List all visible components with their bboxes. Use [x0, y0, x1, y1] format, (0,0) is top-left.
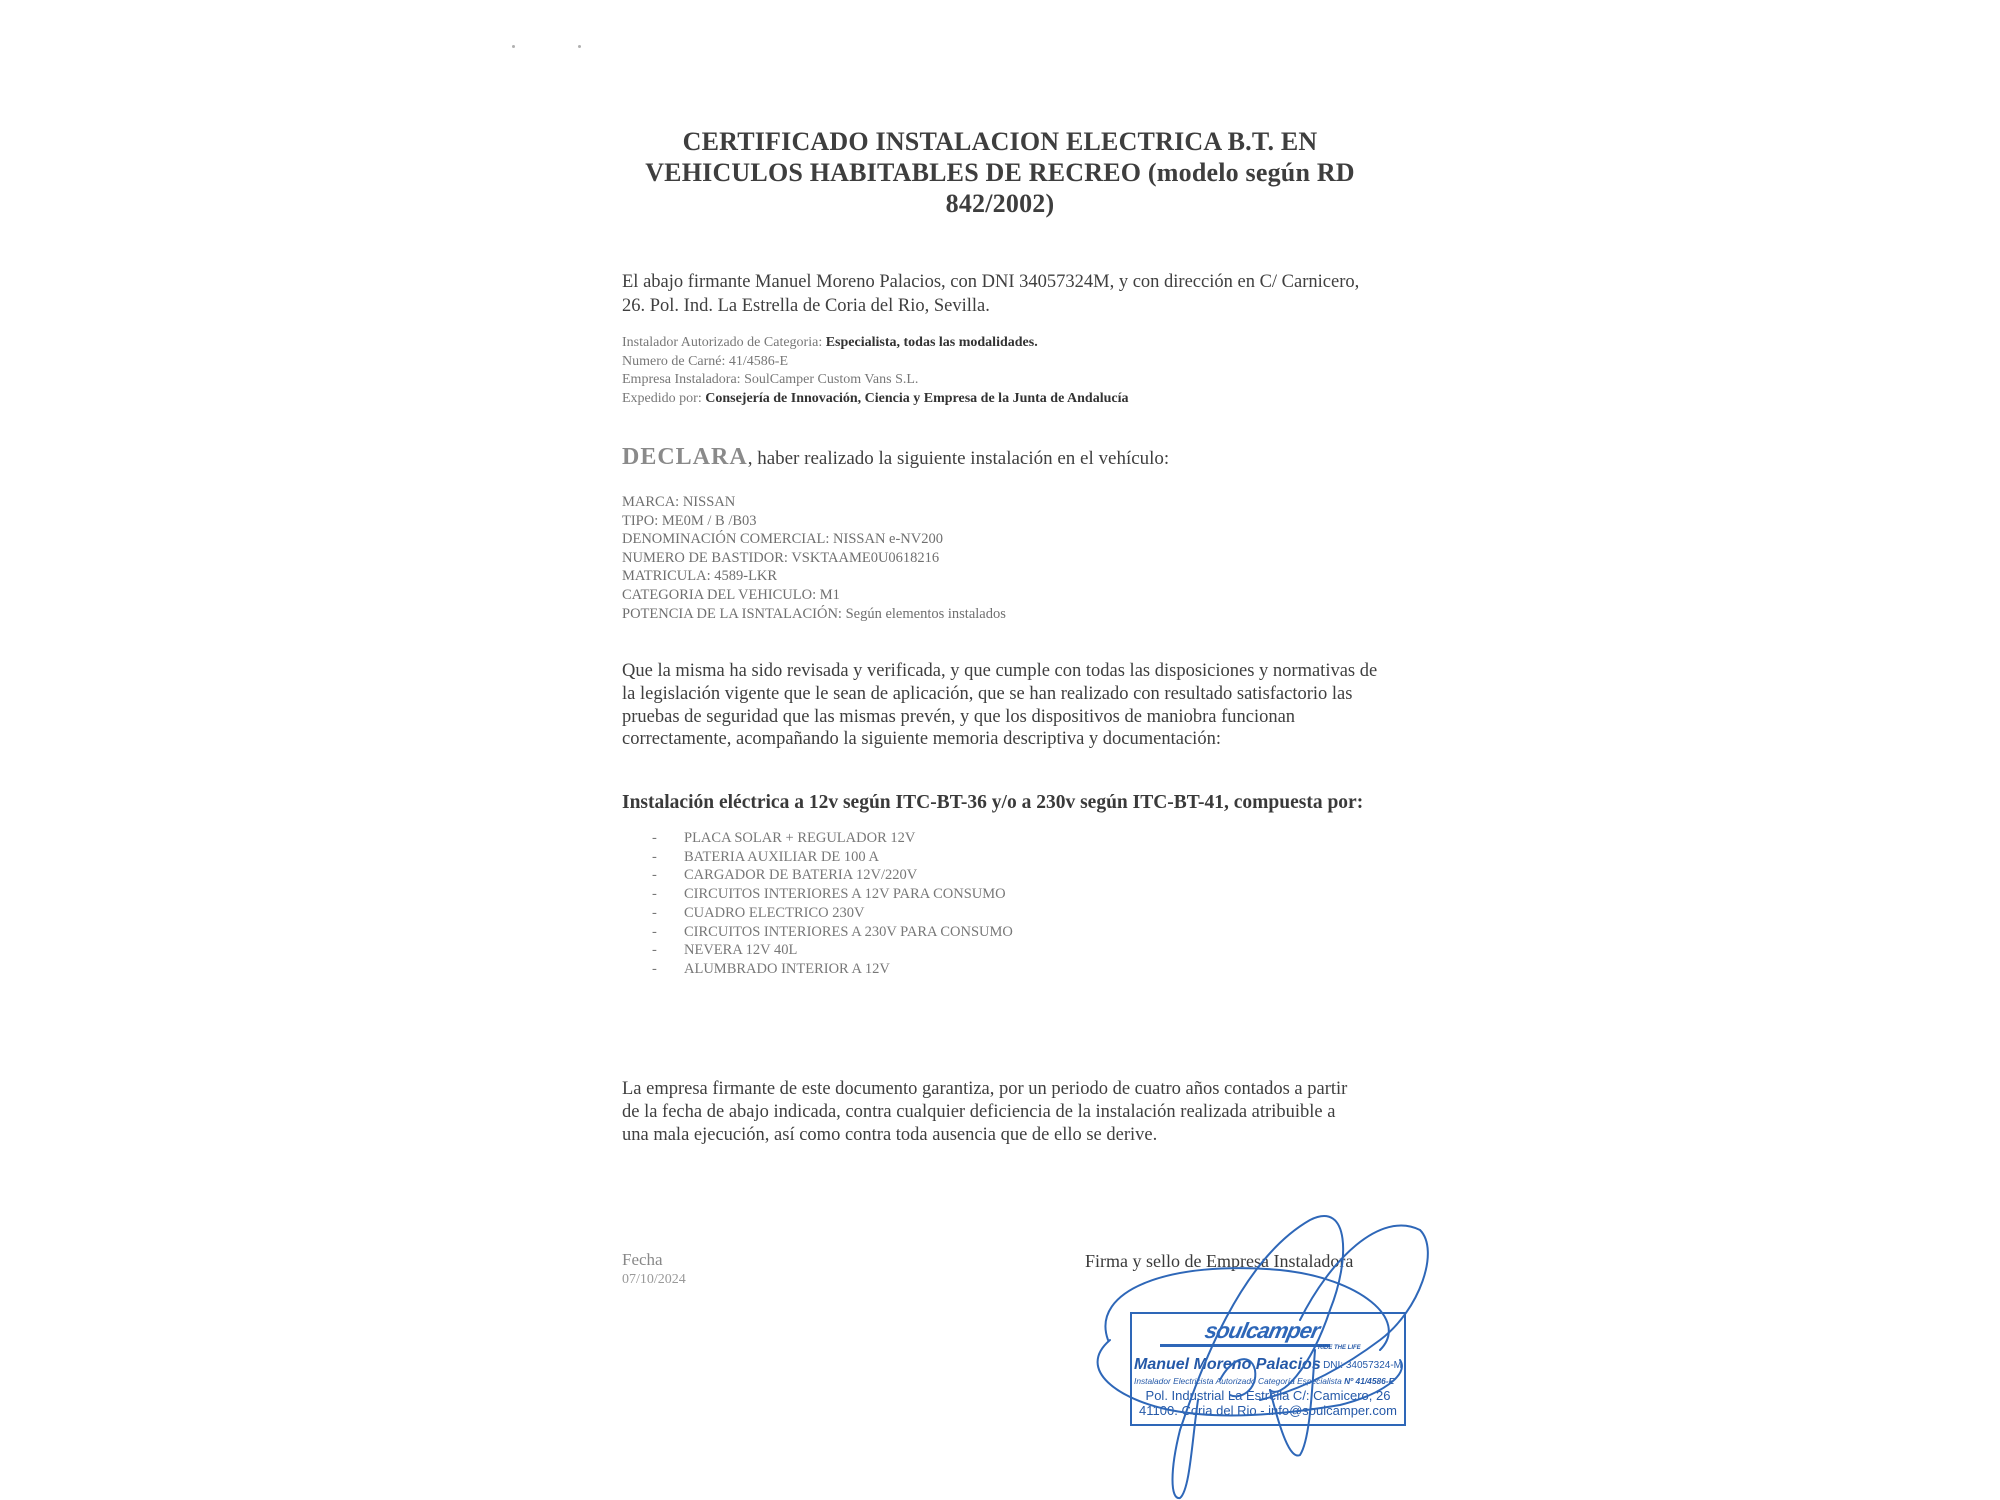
signature-label: Firma y sello de Empresa Instaladora: [1085, 1251, 1353, 1272]
vehicle-field: MATRICULA: 4589-LKR: [622, 567, 1222, 586]
bullet-dash: -: [652, 941, 684, 960]
stamp-name: Manuel Moreno Palacios: [1134, 1356, 1321, 1374]
bullet-dash: -: [652, 848, 684, 867]
stamp-dni: DNI: 34057324-M: [1323, 1360, 1402, 1371]
title-line: VEHICULOS HABITABLES DE RECREO (modelo s…: [620, 157, 1380, 188]
credential-row: Instalador Autorizado de Categoria: Espe…: [622, 334, 1342, 353]
item-text: CUADRO ELECTRICO 230V: [684, 904, 864, 923]
bullet-dash: -: [652, 923, 684, 942]
item-text: PLACA SOLAR + REGULADOR 12V: [684, 829, 915, 848]
vehicle-field: DENOMINACIÓN COMERCIAL: NISSAN e-NV200: [622, 530, 1222, 549]
warranty-paragraph: La empresa firmante de este documento ga…: [622, 1078, 1362, 1146]
vehicle-field: MARCA: NISSAN: [622, 493, 1222, 512]
credential-label: Instalador Autorizado de Categoria:: [622, 335, 826, 350]
item-text: ALUMBRADO INTERIOR A 12V: [684, 960, 890, 979]
date-label: Fecha: [622, 1250, 686, 1270]
stamp-address-line: Pol. Industrial La Estrella C/: Camicero…: [1132, 1388, 1404, 1403]
bullet-dash: -: [652, 866, 684, 885]
credential-row: Expedido por: Consejería de Innovación, …: [622, 390, 1342, 409]
item-text: CIRCUITOS INTERIORES A 12V PARA CONSUMO: [684, 885, 1006, 904]
verification-paragraph: Que la misma ha sido revisada y verifica…: [622, 660, 1392, 751]
company-logo: soulcamper: [1160, 1320, 1365, 1342]
installer-number: Nº 41/4586-E: [1344, 1376, 1394, 1386]
installation-items-list: -PLACA SOLAR + REGULADOR 12V -BATERIA AU…: [652, 829, 1102, 979]
list-item: -CUADRO ELECTRICO 230V: [652, 904, 1102, 923]
vehicle-details: MARCA: NISSAN TIPO: ME0M / B /B03 DENOMI…: [622, 493, 1222, 623]
title-line: CERTIFICADO INSTALACION ELECTRICA B.T. E…: [620, 126, 1380, 157]
credential-row: Empresa Instaladora: SoulCamper Custom V…: [622, 371, 1342, 390]
intro-paragraph: El abajo firmante Manuel Moreno Palacios…: [622, 270, 1362, 318]
item-text: CIRCUITOS INTERIORES A 230V PARA CONSUMO: [684, 923, 1013, 942]
list-item: -CIRCUITOS INTERIORES A 12V PARA CONSUMO: [652, 885, 1102, 904]
bullet-dash: -: [652, 904, 684, 923]
credential-row: Numero de Carné: 41/4586-E: [622, 353, 1342, 372]
list-item: -BATERIA AUXILIAR DE 100 A: [652, 848, 1102, 867]
credential-label: Expedido por:: [622, 391, 705, 406]
logo-underline: [1160, 1344, 1330, 1347]
logo-tagline: RIDE THE LIFE: [1318, 1345, 1361, 1351]
bullet-dash: -: [652, 960, 684, 979]
list-item: -CIRCUITOS INTERIORES A 230V PARA CONSUM…: [652, 923, 1102, 942]
title-line: 842/2002): [620, 188, 1380, 219]
credential-value: 41/4586-E: [729, 354, 788, 369]
installer-credentials: Instalador Autorizado de Categoria: Espe…: [622, 334, 1342, 408]
list-item: -CARGADOR DE BATERIA 12V/220V: [652, 866, 1102, 885]
list-item: -NEVERA 12V 40L: [652, 941, 1102, 960]
stamp-address-line: 41100. Coria del Rio - info@soulcamper.c…: [1132, 1403, 1404, 1418]
installation-heading: Instalación eléctrica a 12v según ITC-BT…: [622, 792, 1382, 814]
bullet-dash: -: [652, 885, 684, 904]
credential-label: Numero de Carné:: [622, 354, 729, 369]
installer-category: Instalador Electricista Autorizado Categ…: [1134, 1376, 1342, 1386]
item-text: CARGADOR DE BATERIA 12V/220V: [684, 866, 917, 885]
declaration: DECLARA, haber realizado la siguiente in…: [622, 445, 1169, 471]
date-value: 07/10/2024: [622, 1270, 686, 1290]
declara-text: , haber realizado la siguiente instalaci…: [748, 448, 1170, 469]
vehicle-field: POTENCIA DE LA ISNTALACIÓN: Según elemen…: [622, 605, 1222, 624]
vehicle-field: CATEGORIA DEL VEHICULO: M1: [622, 586, 1222, 605]
date-block: Fecha 07/10/2024: [622, 1250, 686, 1290]
list-item: -ALUMBRADO INTERIOR A 12V: [652, 960, 1102, 979]
credential-label: Empresa Instaladora:: [622, 372, 744, 387]
vehicle-field: NUMERO DE BASTIDOR: VSKTAAME0U0618216: [622, 549, 1222, 568]
scan-marks: [510, 40, 590, 54]
declara-keyword: DECLARA: [622, 444, 748, 470]
stamp-installer-line: Instalador Electricista Autorizado Categ…: [1134, 1376, 1394, 1386]
item-text: NEVERA 12V 40L: [684, 941, 797, 960]
bullet-dash: -: [652, 829, 684, 848]
list-item: -PLACA SOLAR + REGULADOR 12V: [652, 829, 1102, 848]
credential-value: SoulCamper Custom Vans S.L.: [744, 372, 918, 387]
credential-value: Especialista, todas las modalidades.: [826, 335, 1038, 350]
vehicle-field: TIPO: ME0M / B /B03: [622, 512, 1222, 531]
item-text: BATERIA AUXILIAR DE 100 A: [684, 848, 879, 867]
company-stamp: soulcamper RIDE THE LIFE Manuel Moreno P…: [1130, 1312, 1406, 1426]
credential-value: Consejería de Innovación, Ciencia y Empr…: [705, 391, 1128, 406]
document-title: CERTIFICADO INSTALACION ELECTRICA B.T. E…: [620, 126, 1380, 219]
